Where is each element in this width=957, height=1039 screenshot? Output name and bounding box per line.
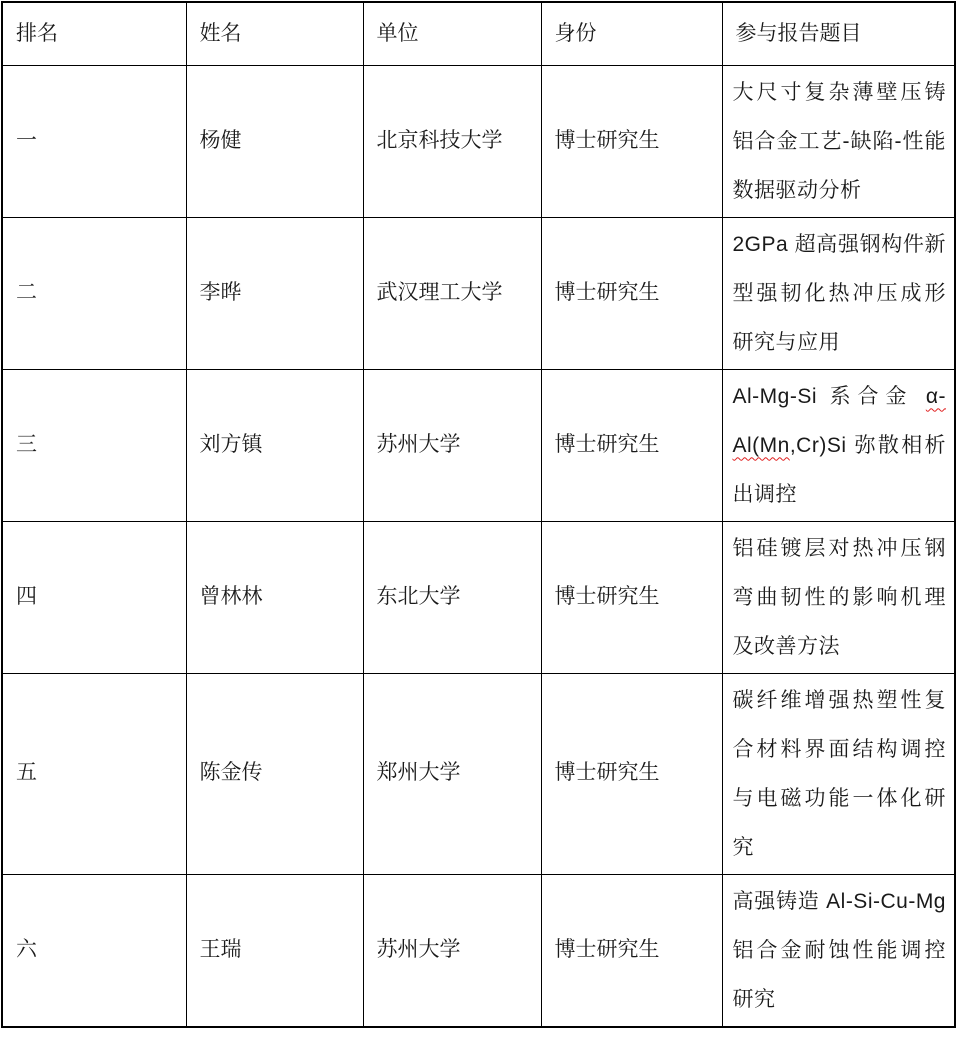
name-cell: 陈金传 <box>186 673 363 874</box>
unit-cell: 苏州大学 <box>363 874 541 1027</box>
rank-cell: 一 <box>2 65 186 217</box>
document-page: 排名 姓名 单位 身份 参与报告题目 一 杨健 北京科技大学 博士研究生 大尺寸… <box>0 0 957 1039</box>
role-cell: 博士研究生 <box>541 673 722 874</box>
header-role: 身份 <box>541 2 722 65</box>
title-cell: 铝硅镀层对热冲压钢弯曲韧性的影响机理及改善方法 <box>722 521 955 673</box>
rank-cell: 六 <box>2 874 186 1027</box>
title-cell: 碳纤维增强热塑性复合材料界面结构调控与电磁功能一体化研究 <box>722 673 955 874</box>
unit-cell: 郑州大学 <box>363 673 541 874</box>
table-row: 一 杨健 北京科技大学 博士研究生 大尺寸复杂薄壁压铸铝合金工艺-缺陷-性能数据… <box>2 65 955 217</box>
rank-cell: 三 <box>2 369 186 521</box>
header-name: 姓名 <box>186 2 363 65</box>
rank-cell: 四 <box>2 521 186 673</box>
title-cell: 2GPa 超高强钢构件新型强韧化热冲压成形研究与应用 <box>722 217 955 369</box>
table-header-row: 排名 姓名 单位 身份 参与报告题目 <box>2 2 955 65</box>
participants-table: 排名 姓名 单位 身份 参与报告题目 一 杨健 北京科技大学 博士研究生 大尺寸… <box>1 1 956 1028</box>
name-cell: 刘方镇 <box>186 369 363 521</box>
table-row: 四 曾林林 东北大学 博士研究生 铝硅镀层对热冲压钢弯曲韧性的影响机理及改善方法 <box>2 521 955 673</box>
unit-cell: 东北大学 <box>363 521 541 673</box>
title-text: Al-Mg-Si 系合金 <box>733 385 926 408</box>
name-cell: 王瑞 <box>186 874 363 1027</box>
header-rank: 排名 <box>2 2 186 65</box>
rank-cell: 五 <box>2 673 186 874</box>
role-cell: 博士研究生 <box>541 217 722 369</box>
role-cell: 博士研究生 <box>541 521 722 673</box>
name-cell: 曾林林 <box>186 521 363 673</box>
table-row: 五 陈金传 郑州大学 博士研究生 碳纤维增强热塑性复合材料界面结构调控与电磁功能… <box>2 673 955 874</box>
role-cell: 博士研究生 <box>541 65 722 217</box>
unit-cell: 武汉理工大学 <box>363 217 541 369</box>
unit-cell: 苏州大学 <box>363 369 541 521</box>
table-row: 三 刘方镇 苏州大学 博士研究生 Al-Mg-Si 系合金 α-Al(Mn,Cr… <box>2 369 955 521</box>
header-unit: 单位 <box>363 2 541 65</box>
table-row: 二 李晔 武汉理工大学 博士研究生 2GPa 超高强钢构件新型强韧化热冲压成形研… <box>2 217 955 369</box>
rank-cell: 二 <box>2 217 186 369</box>
title-cell: Al-Mg-Si 系合金 α-Al(Mn,Cr)Si 弥散相析出调控 <box>722 369 955 521</box>
table-row: 六 王瑞 苏州大学 博士研究生 高强铸造 Al-Si-Cu-Mg 铝合金耐蚀性能… <box>2 874 955 1027</box>
name-cell: 李晔 <box>186 217 363 369</box>
role-cell: 博士研究生 <box>541 874 722 1027</box>
title-cell: 大尺寸复杂薄壁压铸铝合金工艺-缺陷-性能数据驱动分析 <box>722 65 955 217</box>
role-cell: 博士研究生 <box>541 369 722 521</box>
unit-cell: 北京科技大学 <box>363 65 541 217</box>
header-title: 参与报告题目 <box>722 2 955 65</box>
title-cell: 高强铸造 Al-Si-Cu-Mg 铝合金耐蚀性能调控研究 <box>722 874 955 1027</box>
name-cell: 杨健 <box>186 65 363 217</box>
